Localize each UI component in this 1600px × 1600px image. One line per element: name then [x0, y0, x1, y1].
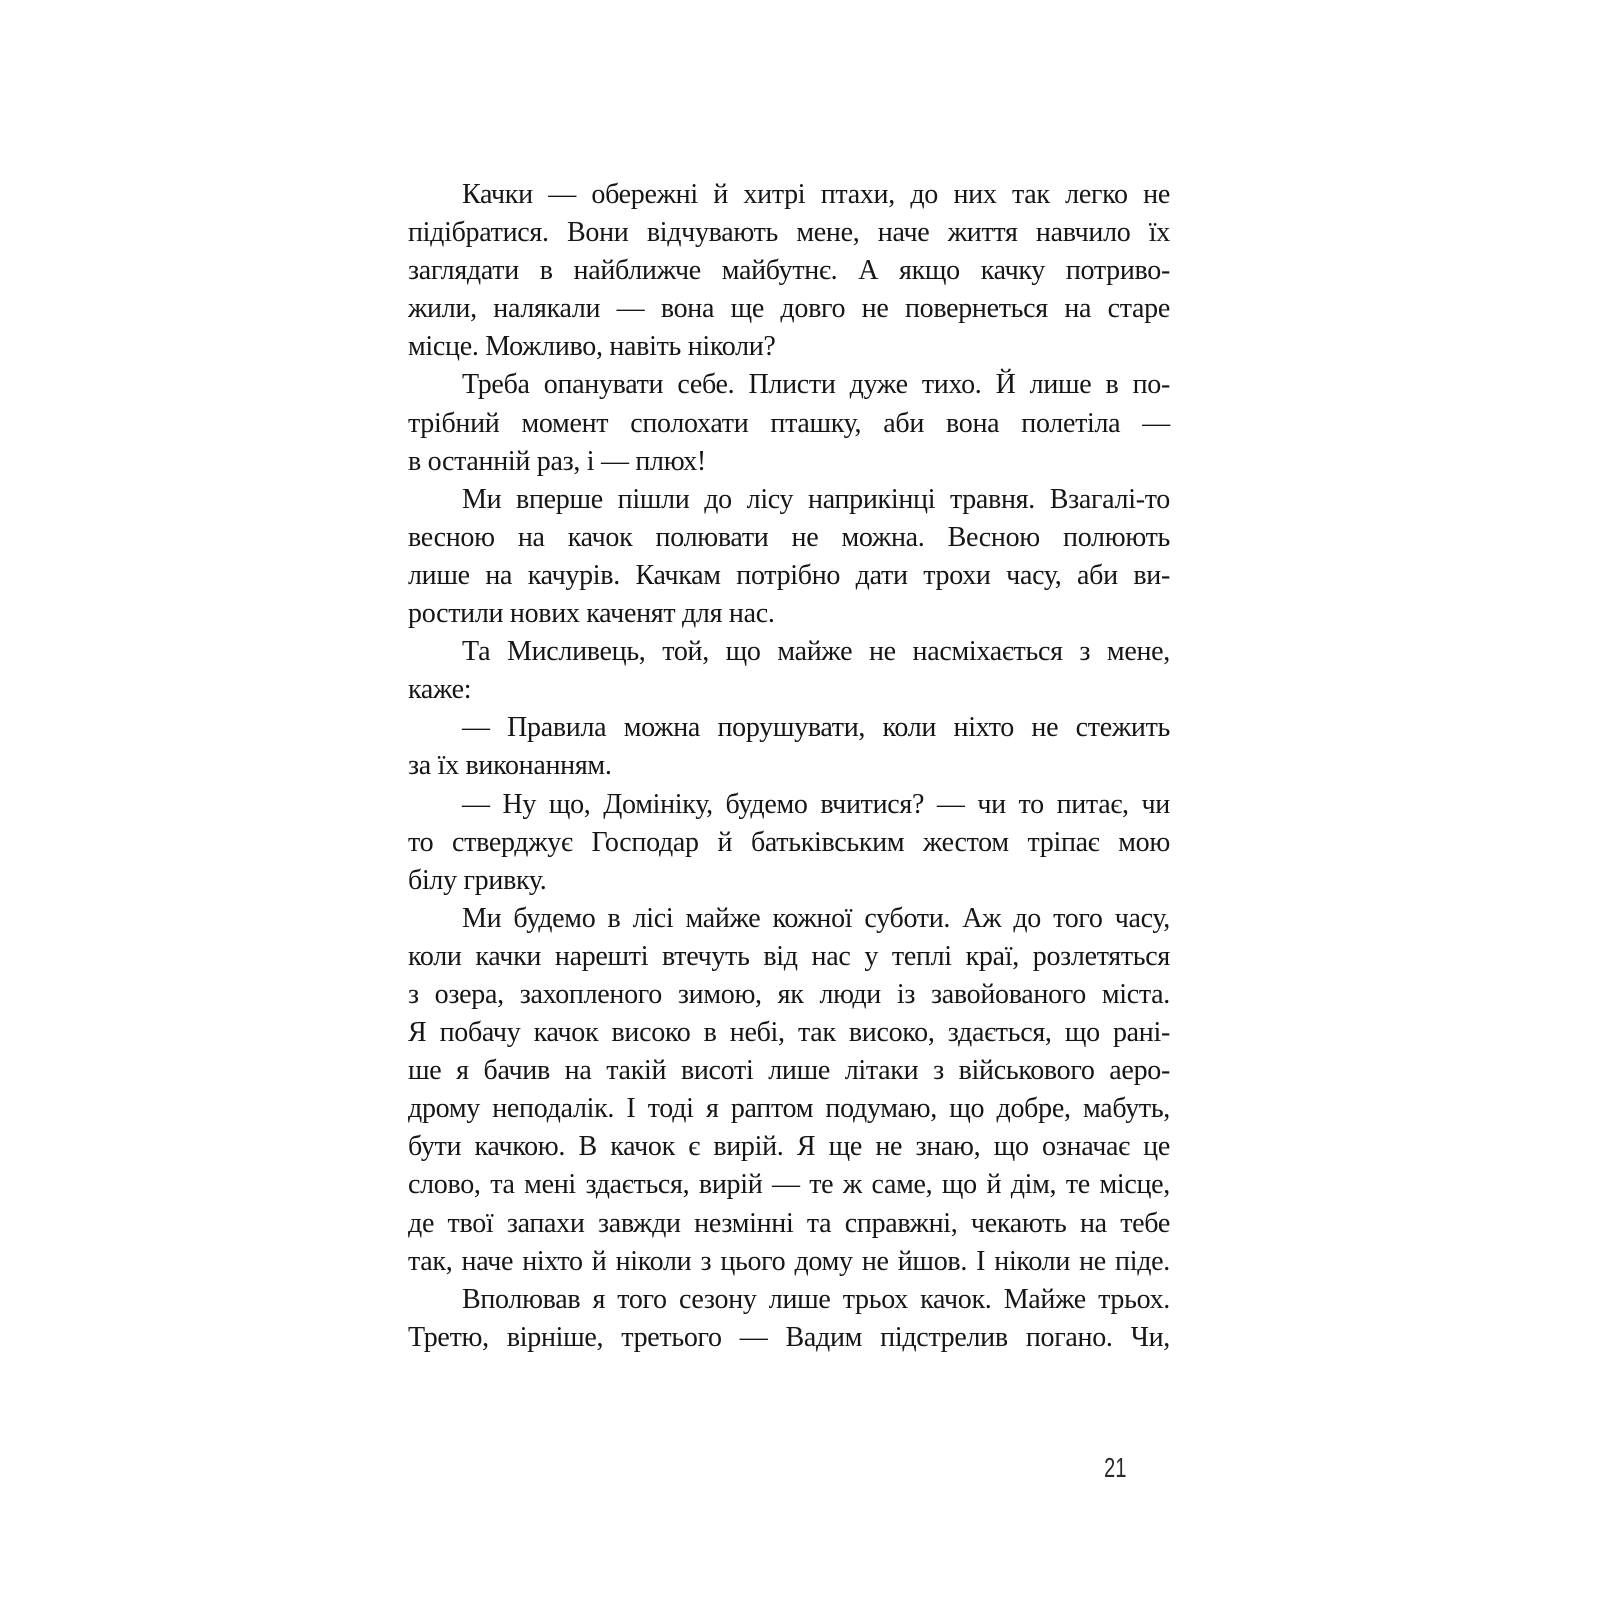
text-line: Та Мисливець, той, що майже не насміхаєт…: [408, 633, 1170, 671]
text-line: слово, та мені здається, вирій — те ж са…: [408, 1166, 1170, 1204]
text-line: за їх виконанням.: [408, 747, 1170, 785]
text-line: весною на качок полювати не можна. Весно…: [408, 519, 1170, 557]
text-line: ростили нових каченят для нас.: [408, 595, 1170, 633]
text-line: Качки — обережні й хитрі птахи, до них т…: [408, 176, 1170, 214]
text-line: лише на качурів. Качкам потрібно дати тр…: [408, 557, 1170, 595]
text-line: — Ну що, Домініку, будемо вчитися? — чи …: [408, 786, 1170, 824]
text-line: Ми будемо в лісі майже кожної суботи. Аж…: [408, 900, 1170, 938]
paragraph: Ми вперше пішли до лісу наприкінці травн…: [408, 481, 1170, 633]
text-line: ше я бачив на такій висоті лише літаки з…: [408, 1052, 1170, 1090]
text-line: Я побачу качок високо в небі, так високо…: [408, 1014, 1170, 1052]
text-line: місце. Можливо, навіть ніколи?: [408, 328, 1170, 366]
page-number: 21: [1104, 1454, 1126, 1482]
text-line: бути качкою. В качок є вирій. Я ще не зн…: [408, 1128, 1170, 1166]
text-line: — Правила можна порушувати, коли ніхто н…: [408, 709, 1170, 747]
paragraph: Качки — обережні й хитрі птахи, до них т…: [408, 176, 1170, 366]
text-line: Треба опанувати себе. Плисти дуже тихо. …: [408, 366, 1170, 404]
paragraph: — Правила можна порушувати, коли ніхто н…: [408, 709, 1170, 785]
paragraph: Та Мисливець, той, що майже не насміхаєт…: [408, 633, 1170, 709]
text-line: трібний момент сполохати пташку, аби вон…: [408, 405, 1170, 443]
text-line: каже:: [408, 671, 1170, 709]
text-line: то стверджує Господар й батьківським жес…: [408, 824, 1170, 862]
paragraph: — Ну що, Домініку, будемо вчитися? — чи …: [408, 786, 1170, 900]
text-line: з озера, захопленого зимою, як люди із з…: [408, 976, 1170, 1014]
book-page: Качки — обережні й хитрі птахи, до них т…: [0, 0, 1600, 1600]
text-line: заглядати в найближче майбутнє. А якщо к…: [408, 252, 1170, 290]
page-text-block: Качки — обережні й хитрі птахи, до них т…: [408, 176, 1170, 1357]
text-line: Ми вперше пішли до лісу наприкінці травн…: [408, 481, 1170, 519]
text-line: Третю, вірніше, третього — Вадим підстре…: [408, 1319, 1170, 1357]
text-line: дрому неподалік. І тоді я раптом подумаю…: [408, 1090, 1170, 1128]
paragraph: Ми будемо в лісі майже кожної суботи. Аж…: [408, 900, 1170, 1281]
text-line: так, наче ніхто й ніколи з цього дому не…: [408, 1243, 1170, 1281]
text-line: де твої запахи завжди незмінні та справж…: [408, 1205, 1170, 1243]
paragraph: Треба опанувати себе. Плисти дуже тихо. …: [408, 366, 1170, 480]
text-line: жили, налякали — вона ще довго не поверн…: [408, 290, 1170, 328]
text-line: білу гривку.: [408, 862, 1170, 900]
paragraph: Вполював я того сезону лише трьох качок.…: [408, 1281, 1170, 1357]
text-line: підібратися. Вони відчувають мене, наче …: [408, 214, 1170, 252]
text-line: коли качки нарешті втечуть від нас у теп…: [408, 938, 1170, 976]
text-line: в останній раз, і — плюх!: [408, 443, 1170, 481]
text-line: Вполював я того сезону лише трьох качок.…: [408, 1281, 1170, 1319]
